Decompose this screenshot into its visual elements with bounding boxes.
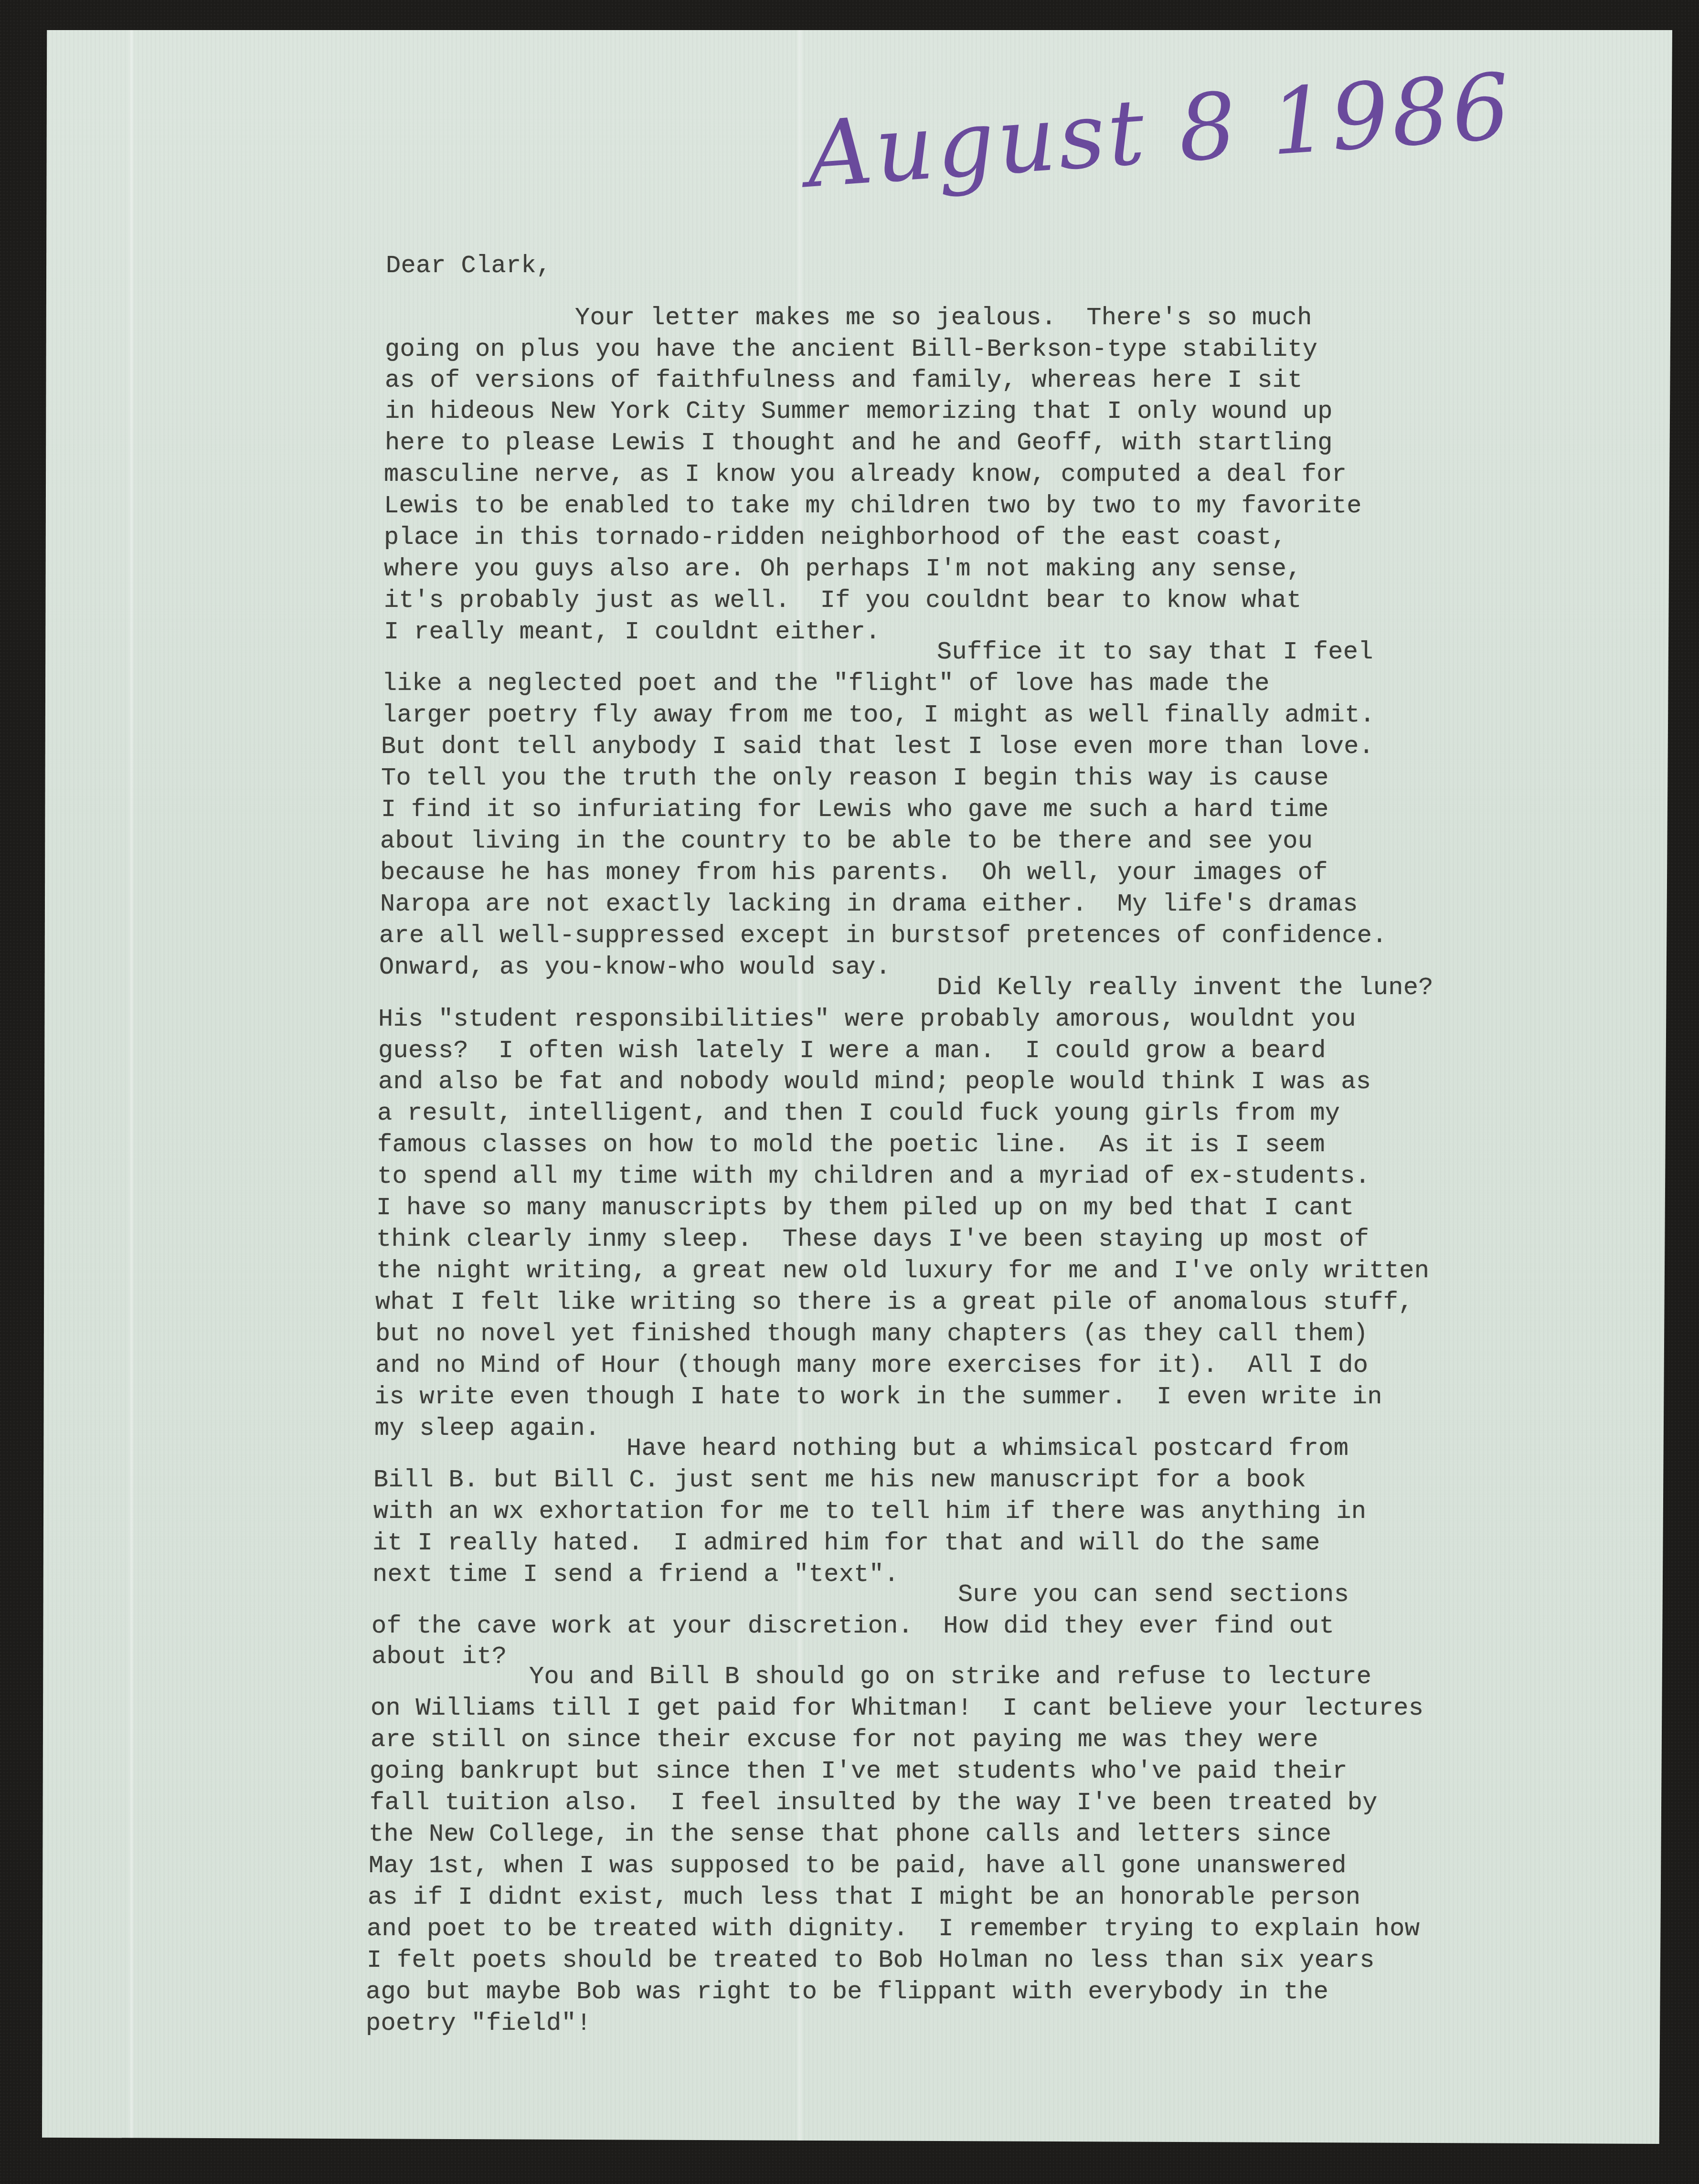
letter-line: To tell you the truth the only reason I …	[381, 764, 1329, 793]
letter-line: Have heard nothing but a whimsical postc…	[627, 1434, 1349, 1463]
letter-line: You and Bill B should go on strike and r…	[529, 1663, 1371, 1691]
letter-line: next time I send a friend a "text".	[372, 1560, 899, 1589]
letter-line: as of versions of faithfulness and famil…	[385, 366, 1303, 395]
letter-line: about living in the country to be able t…	[380, 827, 1313, 856]
letter-line: think clearly inmy sleep. These days I'v…	[376, 1225, 1369, 1254]
letter-line: as if I didnt exist, much less that I mi…	[368, 1883, 1360, 1912]
letter-line: guess? I often wish lately I were a man.…	[378, 1037, 1326, 1065]
letter-line: Suffice it to say that I feel	[937, 638, 1373, 667]
letter-line: is write even though I hate to work in t…	[374, 1383, 1382, 1411]
letter-line: with an wx exhortation for me to tell hi…	[373, 1497, 1366, 1526]
letter-line: His "student responsibilities" were prob…	[378, 1005, 1356, 1034]
letter-line: the New College, in the sense that phone…	[369, 1820, 1331, 1849]
letter-line: and poet to be treated with dignity. I r…	[367, 1915, 1420, 1943]
letter-line: poetry "field"!	[366, 2009, 592, 2038]
letter-line: but no novel yet finished though many ch…	[375, 1320, 1368, 1348]
letter-line: I felt poets should be treated to Bob Ho…	[367, 1946, 1375, 1975]
letter-line: the night writing, a great new old luxur…	[376, 1257, 1429, 1285]
letter-line: about it?	[372, 1643, 507, 1671]
letter-line: of the cave work at your discretion. How…	[372, 1612, 1334, 1641]
letter-line: my sleep again.	[374, 1414, 600, 1443]
letter-line: I really meant, I couldnt either.	[384, 618, 881, 647]
letter-line: famous classes on how to mold the poetic…	[377, 1131, 1325, 1159]
letter-line: Did Kelly really invent the lune?	[937, 974, 1434, 1002]
letter-line: because he has money from his parents. O…	[380, 859, 1328, 887]
letter-line: going bankrupt but since then I've met s…	[370, 1757, 1348, 1786]
letter-line: a result, intelligent, and then I could …	[377, 1099, 1340, 1128]
letter-line: place in this tornado-ridden neighborhoo…	[384, 523, 1286, 552]
salutation: Dear Clark,	[386, 252, 552, 280]
letter-line: Naropa are not exactly lacking in drama …	[380, 890, 1358, 919]
letter-line: larger poetry fly away from me too, I mi…	[382, 701, 1375, 730]
letter-line: on Williams till I get paid for Whitman!…	[371, 1694, 1423, 1723]
letter-line: to spend all my time with my children an…	[377, 1162, 1370, 1191]
letter-line: Bill B. but Bill C. just sent me his new…	[373, 1466, 1306, 1495]
letter-line: Your letter makes me so jealous. There's…	[575, 304, 1312, 332]
paper-fold-crease	[128, 30, 135, 2144]
letter-line: going on plus you have the ancient Bill-…	[385, 335, 1317, 364]
letter-line: and no Mind of Hour (though many more ex…	[375, 1351, 1368, 1380]
letter-line: Sure you can send sections	[958, 1580, 1349, 1609]
letter-line: I find it so infuriating for Lewis who g…	[381, 795, 1329, 824]
letter-line: it's probably just as well. If you could…	[384, 586, 1302, 615]
letter-line: masculine nerve, as I know you already k…	[384, 460, 1347, 489]
letter-line: it I really hated. I admired him for tha…	[372, 1529, 1320, 1558]
letter-line: where you guys also are. Oh perhaps I'm …	[384, 555, 1302, 583]
letter-line: fall tuition also. I feel insulted by th…	[370, 1789, 1378, 1817]
letter-line: Onward, as you-know-who would say.	[379, 953, 891, 982]
letter-line: May 1st, when I was supposed to be paid,…	[369, 1852, 1347, 1880]
letter-line: But dont tell anybody I said that lest I…	[381, 732, 1374, 761]
letter-line: I have so many manuscripts by them piled…	[376, 1194, 1354, 1222]
letter-line: are still on since their excuse for not …	[371, 1726, 1318, 1754]
letter-line: and also be fat and nobody would mind; p…	[378, 1068, 1371, 1096]
letter-line: here to please Lewis I thought and he an…	[385, 429, 1333, 457]
letter-line: ago but maybe Bob was right to be flippa…	[366, 1978, 1328, 2006]
letter-line: what I felt like writing so there is a g…	[375, 1288, 1413, 1317]
letter-line: Lewis to be enabled to take my children …	[384, 492, 1362, 520]
letter-line: in hideous New York City Summer memorizi…	[385, 397, 1333, 426]
letter-line: like a neglected poet and the "flight" o…	[382, 669, 1270, 698]
letter-line: are all well-suppressed except in bursts…	[379, 922, 1387, 950]
